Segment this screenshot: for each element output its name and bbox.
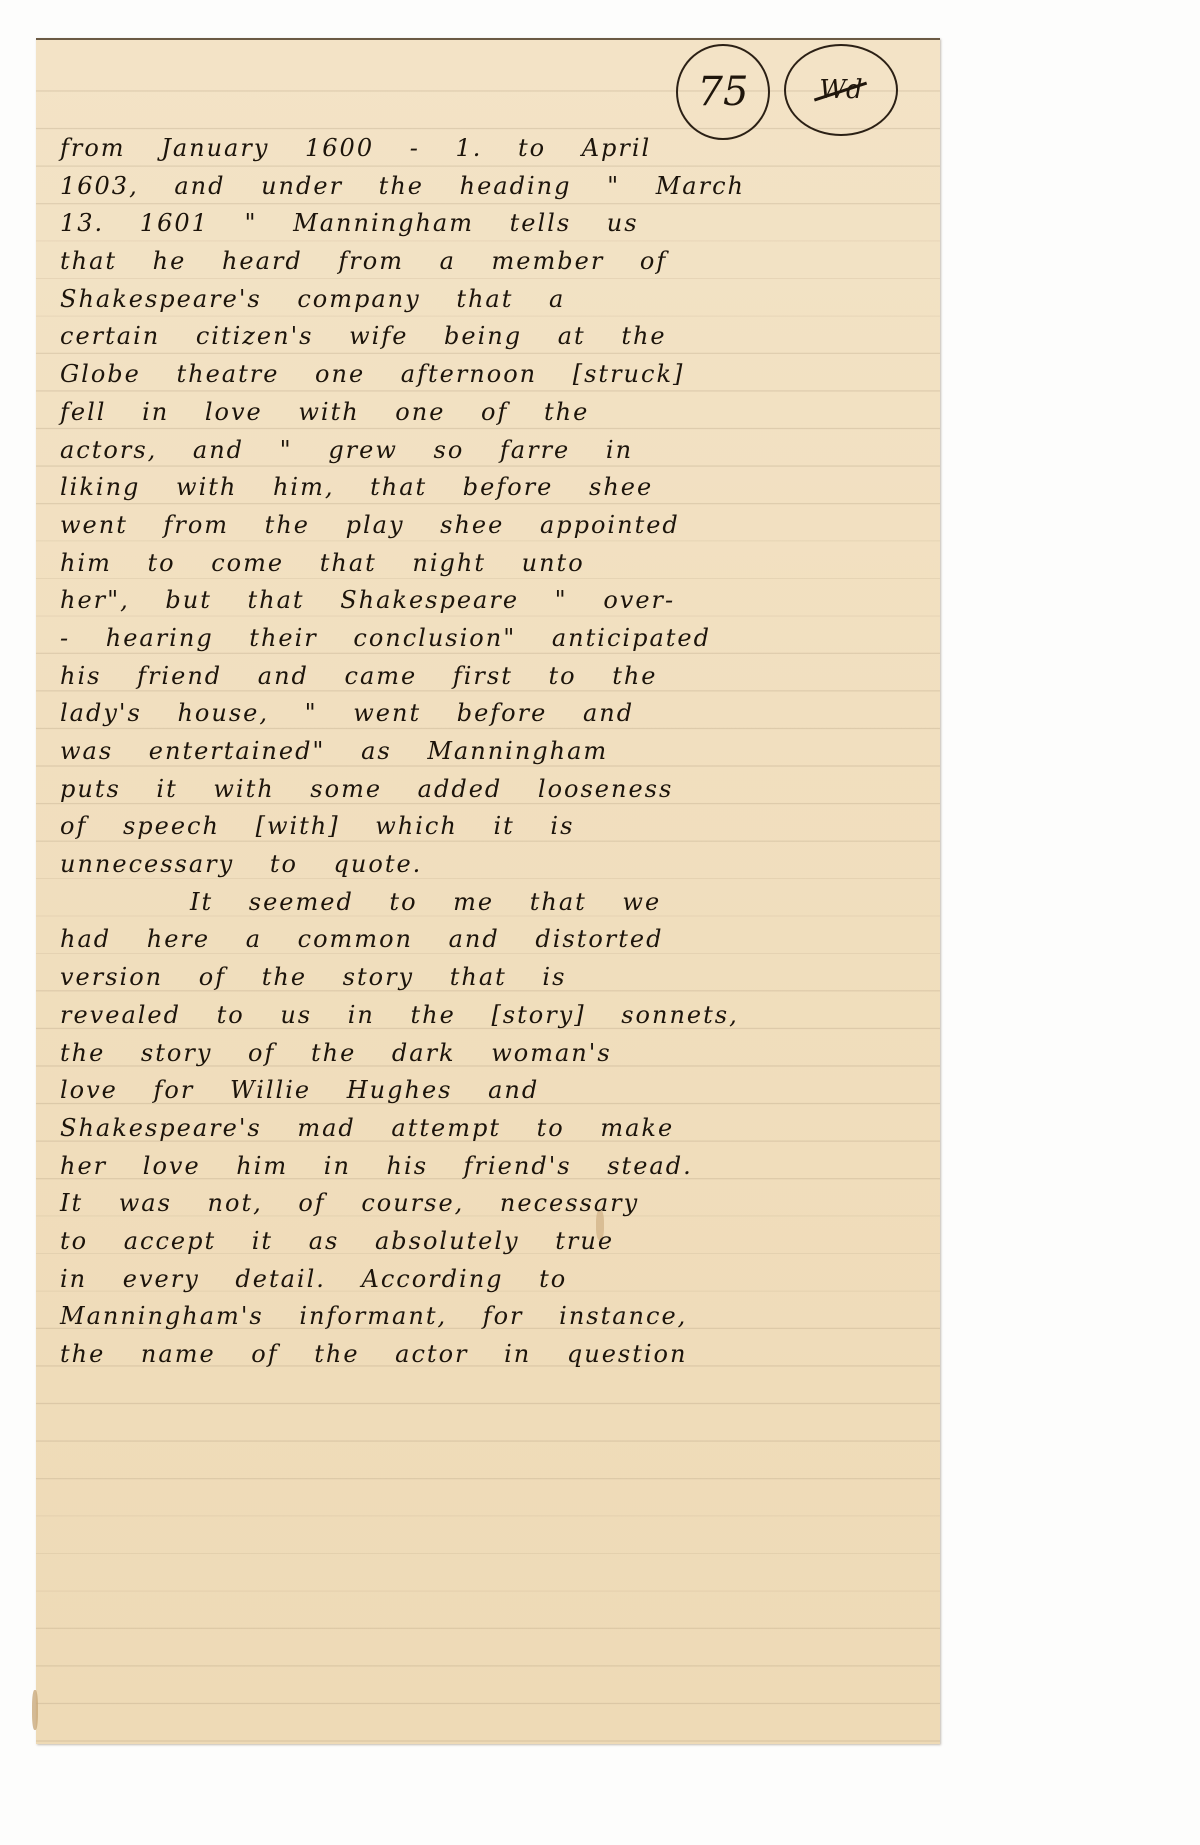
text-line: from January 1600 - 1. to April [60, 130, 930, 168]
circled-struck-page-number: Wd [784, 44, 898, 136]
text-line: lady's house, " went before and [60, 695, 930, 733]
struck-page-number: Wd [819, 75, 862, 105]
text-line: went from the play shee appointed [60, 507, 930, 545]
text-line: certain citizen's wife being at the [60, 318, 930, 356]
text-line: in every detail. According to [60, 1261, 930, 1299]
text-line: had here a common and distorted [60, 921, 930, 959]
text-line: of speech [with] which it is [60, 808, 930, 846]
text-line: Manningham's informant, for instance, [60, 1298, 930, 1336]
text-line: that he heard from a member of [60, 243, 930, 281]
text-line: his friend and came first to the [60, 658, 930, 696]
text-line: actors, and " grew so farre in [60, 432, 930, 470]
text-line: It was not, of course, necessary [60, 1185, 930, 1223]
text-line: her love him in his friend's stead. [60, 1148, 930, 1186]
text-line: version of the story that is [60, 959, 930, 997]
text-line: the name of the actor in question [60, 1336, 930, 1374]
text-line: 13. 1601 " Manningham tells us [60, 205, 930, 243]
text-line: - hearing their conclusion" anticipated [60, 620, 930, 658]
text-line: Shakespeare's company that a [60, 281, 930, 319]
text-line: 1603, and under the heading " March [60, 168, 930, 206]
text-line: the story of the dark woman's [60, 1035, 930, 1073]
text-line: her", but that Shakespeare " over- [60, 582, 930, 620]
text-line: fell in love with one of the [60, 394, 930, 432]
text-line: revealed to us in the [story] sonnets, [60, 997, 930, 1035]
circled-page-number: 75 [676, 44, 770, 140]
text-line: love for Willie Hughes and [60, 1072, 930, 1110]
text-line: was entertained" as Manningham [60, 733, 930, 771]
text-line: him to come that night unto [60, 545, 930, 583]
paper-tear [32, 1690, 38, 1730]
text-line: unnecessary to quote. [60, 846, 930, 884]
text-line: Globe theatre one afternoon [struck] [60, 356, 930, 394]
manuscript-text: from January 1600 - 1. to April 1603, an… [60, 130, 930, 1374]
page-number: 75 [698, 69, 749, 115]
text-line-paragraph-start: It seemed to me that we [60, 884, 930, 922]
text-line: puts it with some added looseness [60, 771, 930, 809]
manuscript-page: 75 Wd from January 1600 - 1. to April 16… [36, 38, 940, 1744]
text-line: Shakespeare's mad attempt to make [60, 1110, 930, 1148]
text-line: liking with him, that before shee [60, 469, 930, 507]
text-line: to accept it as absolutely true [60, 1223, 930, 1261]
